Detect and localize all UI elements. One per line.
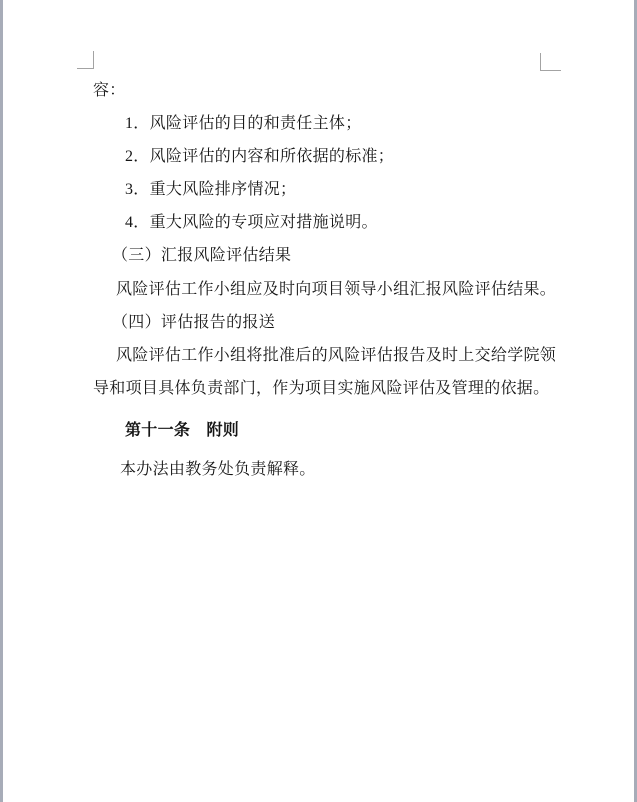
paragraph-body-line1: 风险评估工作小组将批准后的风险评估报告及时上交给学院领 <box>92 339 562 372</box>
list-item-2: 2．风险评估的内容和所依据的标准； <box>92 140 562 173</box>
document-body: 容： 1．风险评估的目的和责任主体； 2．风险评估的内容和所依据的标准； 3．重… <box>92 74 562 486</box>
margin-crop-mark-top-right <box>540 53 561 71</box>
article-heading: 第十一条 附则 <box>92 414 562 447</box>
margin-crop-mark-top-left <box>77 51 94 69</box>
sub-heading-3: （三）汇报风险评估结果 <box>92 239 562 272</box>
paragraph-body-line2: 导和项目具体负责部门，作为项目实施风险评估及管理的依据。 <box>92 372 562 405</box>
list-item-1: 1．风险评估的目的和责任主体； <box>92 107 562 140</box>
paragraph-continuation: 容： <box>92 74 562 107</box>
paragraph-closing: 本办法由教务处负责解释。 <box>92 453 562 486</box>
sub-heading-4: （四）评估报告的报送 <box>92 306 562 339</box>
list-item-3: 3．重大风险排序情况； <box>92 173 562 206</box>
paragraph-body: 风险评估工作小组应及时向项目领导小组汇报风险评估结果。 <box>92 273 562 306</box>
list-item-4: 4．重大风险的专项应对措施说明。 <box>92 206 562 239</box>
window-edge-left <box>0 0 3 802</box>
